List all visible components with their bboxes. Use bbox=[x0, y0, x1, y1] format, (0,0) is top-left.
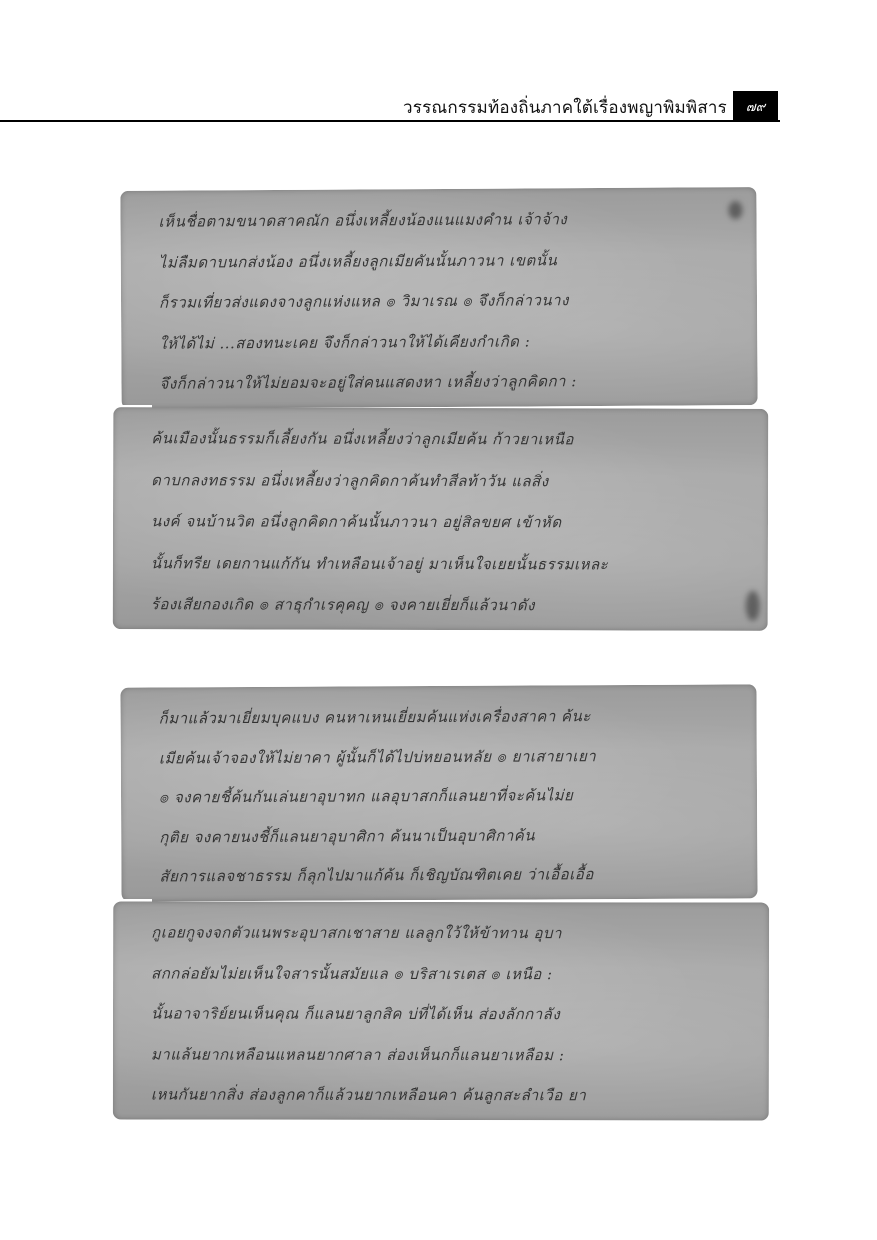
manuscript-line: เหนกันยากสิ่ง ส่องลูกคาก็แล้วนยากเหลือนค… bbox=[151, 1079, 747, 1110]
manuscript-line: ให้ได้ไม่ ...สองทนะเคย จึงก็กล่าวนาให้ได… bbox=[159, 325, 735, 359]
ink-stain bbox=[746, 591, 760, 621]
running-header: วรรณกรรมท้องถิ่นภาคใต้เรื่องพญาพิมพิสาร … bbox=[0, 88, 780, 124]
manuscript-panel-1: เห็นชื่อตามขนาดสาคณัก อนึ่งเหลี้ยงน้องแน… bbox=[120, 187, 757, 409]
manuscript-line: ค้นเมืองนั้นธรรมก็เลี้ยงกัน อนึ่งเหลี้ยง… bbox=[151, 423, 746, 455]
manuscript-line: กูเอยกูจงจกตัวแนพระอุบาสกเชาสาย แลลูกใว้… bbox=[151, 917, 747, 948]
manuscript-line: ก็มาแล้วมาเยี่ยมบุคแบง คนหาเหนเยี่ยมค้นแ… bbox=[159, 700, 735, 733]
manuscript-line: จึงก็กล่าวนาให้ไม่ยอมจะอยู่ใส่คนแสดงหา เ… bbox=[159, 365, 735, 399]
manuscript-line: สัยการแลจชาธรรม ก็ลุกไปมาแก้ค้น ก็เชิญบั… bbox=[159, 858, 735, 891]
manuscript-panel-2: ค้นเมืองนั้นธรรมก็เลี้ยงกัน อนึ่งเหลี้ยง… bbox=[113, 407, 769, 631]
manuscript-panel-4: กูเอยกูจงจกตัวแนพระอุบาสกเชาสาย แลลูกใว้… bbox=[113, 901, 769, 1120]
manuscript-line: ดาบกลงทธรรม อนึ่งเหลี้ยงว่าลูกคิดกาค้นทำ… bbox=[151, 465, 746, 497]
header-rule bbox=[0, 120, 780, 122]
manuscript-line: เห็นชื่อตามขนาดสาคณัก อนึ่งเหลี้ยงน้องแน… bbox=[158, 203, 734, 237]
manuscript-line: มาแล้นยากเหลือนแหลนยากศาลา ส่องเห็นกก็แล… bbox=[151, 1039, 747, 1070]
manuscript-line: ไม่ลืมดาบนกส่งน้อง อนึ่งเหลี้ยงลูกเมียคั… bbox=[159, 244, 735, 278]
manuscript-line: นั้นอาจาริย์ยนเห็นคุณ ก็แลนยาลูกสิค บ่ที… bbox=[151, 998, 747, 1029]
book-title: วรรณกรรมท้องถิ่นภาคใต้เรื่องพญาพิมพิสาร bbox=[403, 94, 727, 121]
manuscript-line: ร้องเสียกองเกิด ๏ สาธุกำเรคุคญ ๏ จงคายเย… bbox=[151, 589, 746, 621]
manuscript-line: สกกล่อยัมไม่ยเห็นใจสารนั้นสมัยแล ๏ บริสา… bbox=[151, 958, 747, 989]
manuscript-line: ก็รวมเที่ยวส่งแดงจางลูกแห่งแหล ๏ วิมาเรณ… bbox=[159, 284, 735, 318]
manuscript-line: นงค์ จนบ้านวิต อนึ่งลูกคิดกาค้นนั้นภาวนา… bbox=[151, 506, 746, 538]
manuscript-line: ๏ จงคายชี้ค้นกันเล่นยาอุบาทก แลอุบาสกก็แ… bbox=[159, 779, 735, 812]
page-number: ๗๙ bbox=[733, 91, 778, 121]
manuscript-panel-3: ก็มาแล้วมาเยี่ยมบุคแบง คนหาเหนเยี่ยมค้นแ… bbox=[120, 684, 757, 901]
manuscript-line: กุติย จงคายนงชี้ก็แลนยาอุบาศิกา ค้นนาเป็… bbox=[159, 819, 735, 852]
manuscript-line: เมียค้นเจ้าจองให้ไม่ยาคา ผู้นั้นก็ได้ไปบ… bbox=[159, 740, 735, 773]
manuscript-line: นั้นก็ทรีย เดยกานแก้กัน ทำเหลือนเจ้าอยู่… bbox=[151, 548, 746, 580]
